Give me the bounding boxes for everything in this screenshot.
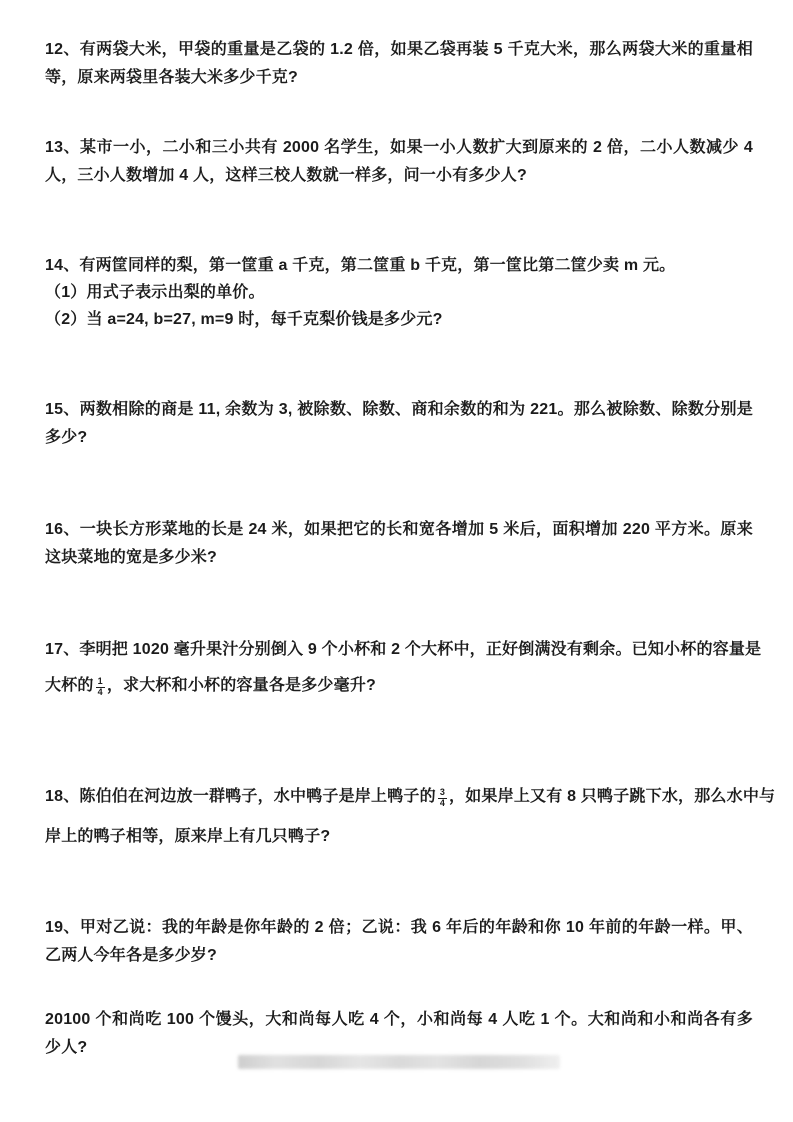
worksheet-page: { "document": { "background_color": "#ff… <box>0 0 793 1122</box>
problem-19: 19、甲对乙说：我的年龄是你年龄的 2 倍；乙说：我 6 年后的年龄和你 10 … <box>45 914 753 970</box>
problem-18: 18、陈伯伯在河边放一群鸭子，水中鸭子是岸上鸭子的34，如果岸上又有 8 只鸭子… <box>45 777 753 857</box>
fraction-denominator: 4 <box>96 688 105 698</box>
problem-17-line-1: 17、李明把 1020 毫升果汁分别倒入 9 个小杯和 2 个大杯中，正好倒满没… <box>45 632 753 668</box>
problem-15-text: 15、两数相除的商是 11, 余数为 3, 被除数、除数、商和余数的和为 221… <box>45 401 753 446</box>
problem-13-text: 13、某市一小，二小和三小共有 2000 名学生，如果一小人数扩大到原来的 2 … <box>45 139 753 184</box>
problem-18-line-2: 岸上的鸭子相等，原来岸上有几只鸭子? <box>45 817 753 857</box>
fraction-three-fourths: 34 <box>438 788 447 809</box>
problem-17-line-2: 大杯的14，求大杯和小杯的容量各是多少毫升? <box>45 668 753 704</box>
fraction-denominator: 4 <box>438 799 447 809</box>
problem-16-text: 16、一块长方形菜地的长是 24 米，如果把它的长和宽各增加 5 米后，面积增加… <box>45 521 753 566</box>
fraction-one-fourth: 14 <box>96 677 105 698</box>
problem-14-subitem-1: （1）用式子表示出梨的单价。 <box>45 279 753 306</box>
problem-13: 13、某市一小，二小和三小共有 2000 名学生，如果一小人数扩大到原来的 2 … <box>45 134 753 190</box>
problem-20: 20100 个和尚吃 100 个馒头，大和尚每人吃 4 个，小和尚每 4 人吃 … <box>45 1006 753 1062</box>
problem-19-text: 19、甲对乙说：我的年龄是你年龄的 2 倍；乙说：我 6 年后的年龄和你 10 … <box>45 919 753 964</box>
problem-18-line-1-pre: 18、陈伯伯在河边放一群鸭子，水中鸭子是岸上鸭子的 <box>45 788 436 805</box>
watermark-smudge <box>238 1055 560 1069</box>
problem-18-line-1-post: ，如果岸上又有 8 只鸭子跳下水，那么水中与 <box>449 788 775 805</box>
problem-18-line-1: 18、陈伯伯在河边放一群鸭子，水中鸭子是岸上鸭子的34，如果岸上又有 8 只鸭子… <box>45 777 753 817</box>
problem-17: 17、李明把 1020 毫升果汁分别倒入 9 个小杯和 2 个大杯中，正好倒满没… <box>45 632 753 704</box>
problem-14-text: 14、有两筐同样的梨，第一筐重 a 千克，第二筐重 b 千克，第一筐比第二筐少卖… <box>45 252 753 279</box>
problem-16: 16、一块长方形菜地的长是 24 米，如果把它的长和宽各增加 5 米后，面积增加… <box>45 516 753 572</box>
problem-20-text: 20100 个和尚吃 100 个馒头，大和尚每人吃 4 个，小和尚每 4 人吃 … <box>45 1011 753 1056</box>
problem-17-line-2-pre: 大杯的 <box>45 677 94 694</box>
problem-15: 15、两数相除的商是 11, 余数为 3, 被除数、除数、商和余数的和为 221… <box>45 396 753 452</box>
problem-14: 14、有两筐同样的梨，第一筐重 a 千克，第二筐重 b 千克，第一筐比第二筐少卖… <box>45 252 753 333</box>
problem-17-line-2-post: ，求大杯和小杯的容量各是多少毫升? <box>107 677 376 694</box>
problem-14-subitem-2: （2）当 a=24, b=27, m=9 时，每千克梨价钱是多少元? <box>45 306 753 333</box>
problem-12-text: 12、有两袋大米，甲袋的重量是乙袋的 1.2 倍，如果乙袋再装 5 千克大米，那… <box>45 41 753 86</box>
problem-12: 12、有两袋大米，甲袋的重量是乙袋的 1.2 倍，如果乙袋再装 5 千克大米，那… <box>45 36 753 92</box>
